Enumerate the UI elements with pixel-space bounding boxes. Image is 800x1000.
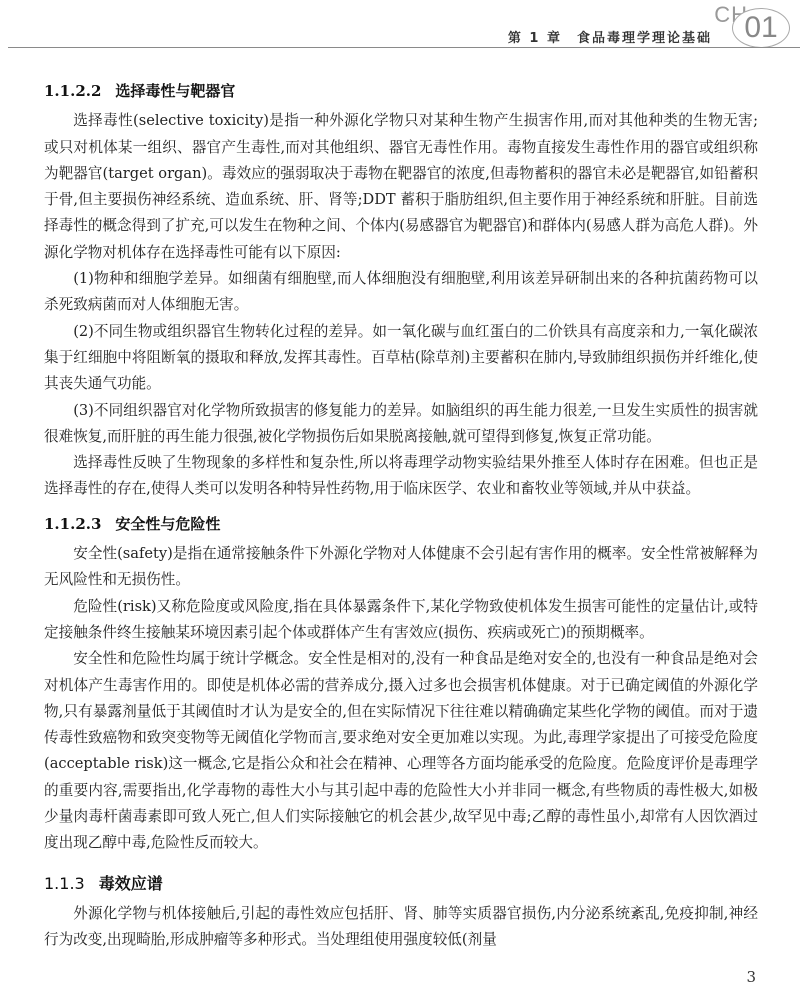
section-number: 1.1.2.3 [44, 515, 101, 533]
paragraph: 安全性和危险性均属于统计学概念。安全性是相对的,没有一种食品是绝对安全的,也没有… [44, 646, 758, 856]
chapter-number: 01 [744, 13, 777, 43]
running-header: 第 1 章 食品毒理学理论基础 CH 01 [0, 0, 800, 58]
paragraph: (2)不同生物或组织器官生物转化过程的差异。如一氧化碳与血红蛋白的二价铁具有高度… [44, 319, 758, 398]
chapter-number-bubble-icon: 01 [732, 8, 790, 48]
paragraph: 选择毒性反映了生物现象的多样性和复杂性,所以将毒理学动物实验结果外推至人体时存在… [44, 450, 758, 503]
section-heading: 1.1.2.2选择毒性与靶器官 [44, 78, 758, 104]
section-number: 1.1.2.2 [44, 82, 101, 100]
paragraph: 危险性(risk)又称危险度或风险度,指在具体暴露条件下,某化学物致使机体发生损… [44, 594, 758, 647]
section-title: 安全性与危险性 [115, 515, 220, 533]
section-heading: 1.1.3毒效应谱 [44, 871, 758, 897]
page-number: 3 [746, 968, 756, 986]
paragraph: 安全性(safety)是指在通常接触条件下外源化学物对人体健康不会引起有害作用的… [44, 541, 758, 594]
header-divider [8, 47, 800, 48]
section-title: 毒效应谱 [99, 874, 163, 893]
chapter-title: 第 1 章 食品毒理学理论基础 [508, 27, 712, 46]
page-body: 1.1.2.2选择毒性与靶器官 选择毒性(selective toxicity)… [44, 70, 758, 954]
section-number: 1.1.3 [44, 874, 85, 893]
section-title: 选择毒性与靶器官 [115, 82, 235, 100]
paragraph: (3)不同组织器官对化学物所致损害的修复能力的差异。如脑组织的再生能力很差,一旦… [44, 398, 758, 451]
paragraph: 选择毒性(selective toxicity)是指一种外源化学物只对某种生物产… [44, 108, 758, 266]
section-heading: 1.1.2.3安全性与危险性 [44, 511, 758, 537]
paragraph: 外源化学物与机体接触后,引起的毒性效应包括肝、肾、肺等实质器官损伤,内分泌系统紊… [44, 901, 758, 954]
paragraph: (1)物种和细胞学差异。如细菌有细胞壁,而人体细胞没有细胞壁,利用该差异研制出来… [44, 266, 758, 319]
